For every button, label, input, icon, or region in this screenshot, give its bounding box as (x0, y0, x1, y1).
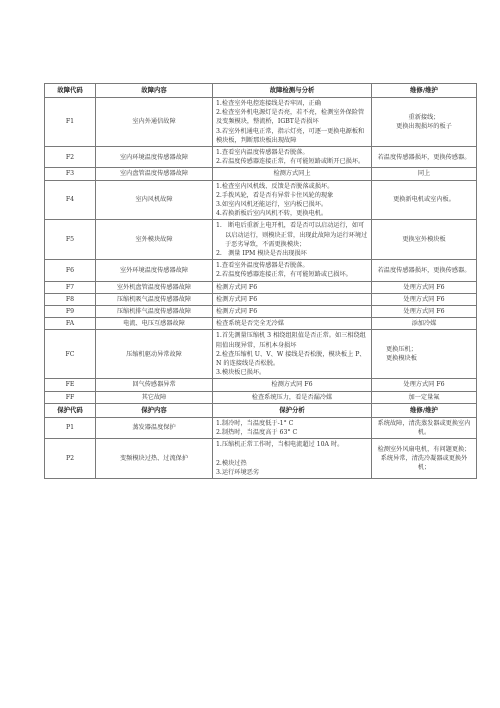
fault-content: 其它故障 (96, 391, 213, 403)
header-fault-analysis: 故障检测与分析 (213, 84, 372, 98)
fault-analysis: 检测方式同 F6 (213, 379, 372, 391)
fault-code: F1 (45, 98, 96, 147)
table-row: F9 压缩机排气温度传感器故障 检测方式同 F6 处理方式同 F6 (45, 306, 477, 318)
fault-code: F3 (45, 168, 96, 180)
fault-repair: 重新接线； 更换出现损坏的板子 (372, 98, 477, 147)
protection-content: 变频模块过热、过流保护 (96, 439, 213, 479)
table-row: F7 室外机盘管温度传感器故障 检测方式同 F6 处理方式同 F6 (45, 281, 477, 293)
fault-repair: 若温度传感器损坏，更换传感器。 (372, 260, 477, 281)
fault-content: 室内环境温度传感器故障 (96, 147, 213, 168)
fault-analysis: 检测方式同 F6 (213, 306, 372, 318)
table-row: P1 蒸发器温度保护 1.制冷时，当温度低于-1° C 2.制热时，当温度高于 … (45, 417, 477, 438)
fault-content: 室内风机故障 (96, 180, 213, 220)
fault-code: FA (45, 318, 96, 330)
table-row: F1 室内外通信故障 1.检查室外电控连接线是否牢固，正确 2.检查室外机电源灯… (45, 98, 477, 147)
protection-content: 蒸发器温度保护 (96, 417, 213, 438)
fault-analysis: 检测方式同上 (213, 168, 372, 180)
table-row: F6 室外环境温度传感器故障 1.查看室外温度传感器是否脱落。 2.若温度传感器… (45, 260, 477, 281)
protection-repair: 检测室外风扇电机，有问题更换； 系统异常，清洗冷凝器或更换外机； (372, 439, 477, 479)
table-row: F2 室内环境温度传感器故障 1.查看室内温度传感器是否脱落。 2.若温度传感器… (45, 147, 477, 168)
fault-repair: 添加冷媒 (372, 318, 477, 330)
table-row: F3 室内盘管温度传感器故障 检测方式同上 同上 (45, 168, 477, 180)
header-protection-code: 保护代码 (45, 403, 96, 417)
header-protection-repair: 维修/维护 (372, 403, 477, 417)
fault-code: FC (45, 330, 96, 379)
fault-repair: 处理方式同 F6 (372, 379, 477, 391)
protection-code: P1 (45, 417, 96, 438)
fault-repair: 更换压机； 更换模块板 (372, 330, 477, 379)
fault-analysis: 1. 断电后重新上电开机，看是否可以启动运行，如可以启动运行，则模块正常，出现此… (213, 220, 372, 260)
fault-content: 压缩机吸气温度传感器故障 (96, 293, 213, 305)
fault-content: 电流、电压互感器故障 (96, 318, 213, 330)
header-repair: 维修/维护 (372, 84, 477, 98)
fault-content: 室外模块故障 (96, 220, 213, 260)
header-protection-content: 保护内容 (96, 403, 213, 417)
fault-repair: 加一定量氟 (372, 391, 477, 403)
fault-analysis: 1.检查室内风机线、反馈是否脱落或损坏。 2.手拨风轮，看是否有异常卡住风轮的现… (213, 180, 372, 220)
header-fault-code: 故障代码 (45, 84, 96, 98)
fault-header-row: 故障代码 故障内容 故障检测与分析 维修/维护 (45, 84, 477, 98)
fault-content: 室内盘管温度传感器故障 (96, 168, 213, 180)
fault-repair: 处理方式同 F6 (372, 293, 477, 305)
fault-analysis: 1.首先测量压缩机 3 相绕组阻值是否正常。如三相绕组阻值出现异常，压机本身损坏… (213, 330, 372, 379)
fault-content: 压缩机排气温度传感器故障 (96, 306, 213, 318)
table-row: FC 压缩机驱动异常故障 1.首先测量压缩机 3 相绕组阻值是否正常。如三相绕组… (45, 330, 477, 379)
fault-repair: 处理方式同 F6 (372, 281, 477, 293)
fault-analysis: 检查系统压力，看是否漏冷媒 (213, 391, 372, 403)
fault-repair: 更换新电机或室内板。 (372, 180, 477, 220)
table-row: F4 室内风机故障 1.检查室内风机线、反馈是否脱落或损坏。 2.手拨风轮，看是… (45, 180, 477, 220)
header-protection-analysis: 保护分析 (213, 403, 372, 417)
table-row: P2 变频模块过热、过流保护 1.压缩机正常工作时，当相电流超过 10A 时。 … (45, 439, 477, 479)
protection-analysis: 1.压缩机正常工作时，当相电流超过 10A 时。 2.模块过热 3.运行环境恶劣 (213, 439, 372, 479)
fault-code: F6 (45, 260, 96, 281)
fault-analysis: 1.检查室外电控连接线是否牢固，正确 2.检查室外机电源灯是否亮，若不亮，检测室… (213, 98, 372, 147)
protection-repair: 系统故障，清洗蒸发器或更换室内机。 (372, 417, 477, 438)
fault-content: 室外环境温度传感器故障 (96, 260, 213, 281)
protection-analysis: 1.制冷时，当温度低于-1° C 2.制热时，当温度高于 63° C (213, 417, 372, 438)
fault-analysis: 检查系统是否完全无冷媒 (213, 318, 372, 330)
fault-code: F9 (45, 306, 96, 318)
table-row: F5 室外模块故障 1. 断电后重新上电开机，看是否可以启动运行，如可以启动运行… (45, 220, 477, 260)
fault-repair: 处理方式同 F6 (372, 306, 477, 318)
fault-content: 室内外通信故障 (96, 98, 213, 147)
fault-code: F8 (45, 293, 96, 305)
table-row: F8 压缩机吸气温度传感器故障 检测方式同 F6 处理方式同 F6 (45, 293, 477, 305)
fault-content: 压缩机驱动异常故障 (96, 330, 213, 379)
table-row: FF 其它故障 检查系统压力，看是否漏冷媒 加一定量氟 (45, 391, 477, 403)
table-row: FE 回气传感器异常 检测方式同 F6 处理方式同 F6 (45, 379, 477, 391)
fault-repair: 若温度传感器损坏，更换传感器。 (372, 147, 477, 168)
fault-repair: 同上 (372, 168, 477, 180)
fault-analysis: 1.查看室内温度传感器是否脱落。 2.若温度传感器连接正常，有可能短路或断开已损… (213, 147, 372, 168)
fault-analysis: 检测方式同 F6 (213, 293, 372, 305)
fault-code: FE (45, 379, 96, 391)
fault-code: FF (45, 391, 96, 403)
protection-header-row: 保护代码 保护内容 保护分析 维修/维护 (45, 403, 477, 417)
table-row: FA 电流、电压互感器故障 检查系统是否完全无冷媒 添加冷媒 (45, 318, 477, 330)
fault-content: 回气传感器异常 (96, 379, 213, 391)
fault-code: F7 (45, 281, 96, 293)
protection-code: P2 (45, 439, 96, 479)
header-fault-content: 故障内容 (96, 84, 213, 98)
fault-analysis: 1.查看室外温度传感器是否脱落。 2.若温度传感器连接正常，有可能短路或已损坏。 (213, 260, 372, 281)
fault-analysis: 检测方式同 F6 (213, 281, 372, 293)
fault-code: F5 (45, 220, 96, 260)
fault-repair: 更换室外模块板 (372, 220, 477, 260)
fault-code-table: 故障代码 故障内容 故障检测与分析 维修/维护 F1 室内外通信故障 1.检查室… (44, 83, 477, 479)
fault-content: 室外机盘管温度传感器故障 (96, 281, 213, 293)
fault-code: F2 (45, 147, 96, 168)
fault-code: F4 (45, 180, 96, 220)
